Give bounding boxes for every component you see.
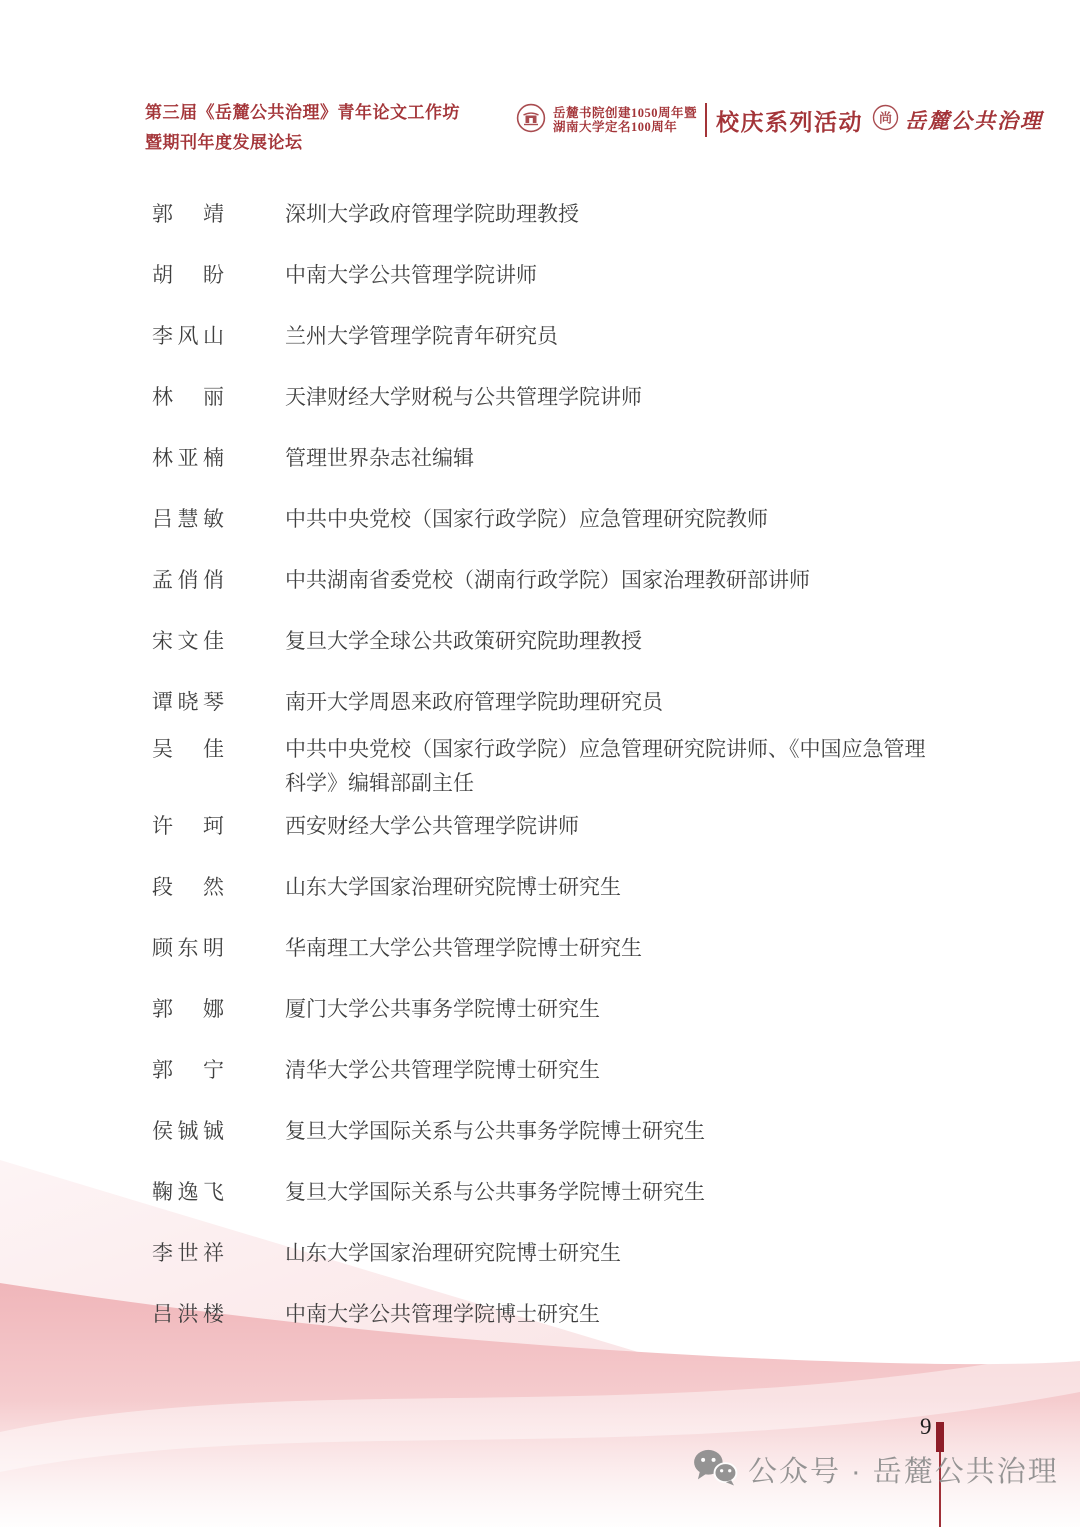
watermark-text: 公众号 · 岳麓公共治理 bbox=[748, 1449, 1059, 1490]
anniversary-text: 岳麓书院创建1050周年暨 湖南大学定名100周年 bbox=[553, 106, 697, 134]
participant-affiliation: 中南大学公共管理学院博士研究生 bbox=[285, 1297, 940, 1331]
participant-name: 林丽 bbox=[152, 380, 224, 414]
participant-row: 李世祥 山东大学国家治理研究院博士研究生 bbox=[152, 1236, 952, 1270]
anniversary-line2: 湖南大学定名100周年 bbox=[553, 120, 697, 134]
participant-name: 顾东明 bbox=[152, 931, 224, 965]
participant-row: 林亚楠 管理世界杂志社编辑 bbox=[152, 441, 952, 475]
document-page: 第三届《岳麓公共治理》青年论文工作坊 暨期刊年度发展论坛 岳麓书院创建1050周… bbox=[0, 0, 1080, 1527]
participant-row: 鞠逸飞 复旦大学国际关系与公共事务学院博士研究生 bbox=[152, 1175, 952, 1209]
anniversary-line1: 岳麓书院创建1050周年暨 bbox=[553, 106, 697, 120]
anniversary-banner: 岳麓书院创建1050周年暨 湖南大学定名100周年 校庆系列活动 尚 岳麓公共治… bbox=[516, 98, 1043, 142]
participant-affiliation: 兰州大学管理学院青年研究员 bbox=[285, 319, 940, 353]
watermark: 公众号 · 岳麓公共治理 bbox=[692, 1448, 1059, 1491]
participant-name: 侯铖铖 bbox=[152, 1114, 224, 1148]
participant-affiliation: 山东大学国家治理研究院博士研究生 bbox=[285, 1236, 940, 1270]
participant-name: 宋文佳 bbox=[152, 624, 224, 658]
participant-row: 郭宁 清华大学公共管理学院博士研究生 bbox=[152, 1053, 952, 1087]
participant-list: 郭靖 深圳大学政府管理学院助理教授 胡盼 中南大学公共管理学院讲师 李风山 兰州… bbox=[152, 197, 952, 1358]
participant-affiliation: 华南理工大学公共管理学院博士研究生 bbox=[285, 931, 940, 965]
header-divider bbox=[705, 103, 707, 137]
campaign-label: 校庆系列活动 bbox=[716, 104, 863, 137]
participant-name: 谭晓琴 bbox=[152, 685, 224, 719]
participant-name: 鞠逸飞 bbox=[152, 1175, 224, 1209]
participant-row: 侯铖铖 复旦大学国际关系与公共事务学院博士研究生 bbox=[152, 1114, 952, 1148]
participant-row: 胡盼 中南大学公共管理学院讲师 bbox=[152, 258, 952, 292]
participant-name: 吴佳 bbox=[152, 732, 224, 766]
participant-name: 孟俏俏 bbox=[152, 563, 224, 597]
participant-name: 吕洪楼 bbox=[152, 1297, 224, 1331]
participant-affiliation: 复旦大学全球公共政策研究院助理教授 bbox=[285, 624, 940, 658]
participant-affiliation: 中共湖南省委党校（湖南行政学院）国家治理教研部讲师 bbox=[285, 563, 940, 597]
participant-affiliation: 中南大学公共管理学院讲师 bbox=[285, 258, 940, 292]
participant-row: 吴佳 中共中央党校（国家行政学院）应急管理研究院讲师、《中国应急管理科学》编辑部… bbox=[152, 732, 952, 800]
participant-name: 郭宁 bbox=[152, 1053, 224, 1087]
participant-name: 郭靖 bbox=[152, 197, 224, 231]
participant-row: 段然 山东大学国家治理研究院博士研究生 bbox=[152, 870, 952, 904]
participant-name: 郭娜 bbox=[152, 992, 224, 1026]
participant-row: 宋文佳 复旦大学全球公共政策研究院助理教授 bbox=[152, 624, 952, 658]
participant-affiliation: 中共中央党校（国家行政学院）应急管理研究院讲师、《中国应急管理科学》编辑部副主任 bbox=[285, 732, 940, 800]
participant-affiliation: 管理世界杂志社编辑 bbox=[285, 441, 940, 475]
participant-row: 郭娜 厦门大学公共事务学院博士研究生 bbox=[152, 992, 952, 1026]
yuelu-academy-seal-icon bbox=[516, 103, 546, 138]
participant-affiliation: 复旦大学国际关系与公共事务学院博士研究生 bbox=[285, 1114, 940, 1148]
workshop-title-line2: 暨期刊年度发展论坛 bbox=[145, 128, 460, 158]
participant-name: 李风山 bbox=[152, 319, 224, 353]
brand-calligraphy: 岳麓公共治理 bbox=[905, 105, 1043, 135]
participant-affiliation: 清华大学公共管理学院博士研究生 bbox=[285, 1053, 940, 1087]
participant-row: 孟俏俏 中共湖南省委党校（湖南行政学院）国家治理教研部讲师 bbox=[152, 563, 952, 597]
workshop-title: 第三届《岳麓公共治理》青年论文工作坊 暨期刊年度发展论坛 bbox=[145, 98, 460, 158]
participant-affiliation: 厦门大学公共事务学院博士研究生 bbox=[285, 992, 940, 1026]
participant-row: 郭靖 深圳大学政府管理学院助理教授 bbox=[152, 197, 952, 231]
participant-affiliation: 深圳大学政府管理学院助理教授 bbox=[285, 197, 940, 231]
participant-name: 段然 bbox=[152, 870, 224, 904]
participant-row: 许珂 西安财经大学公共管理学院讲师 bbox=[152, 809, 952, 843]
participant-affiliation: 天津财经大学财税与公共管理学院讲师 bbox=[285, 380, 940, 414]
shang-seal-char: 尚 bbox=[879, 111, 892, 126]
participant-name: 许珂 bbox=[152, 809, 224, 843]
participant-row: 谭晓琴 南开大学周恩来政府管理学院助理研究员 bbox=[152, 685, 952, 719]
participant-name: 胡盼 bbox=[152, 258, 224, 292]
participant-row: 顾东明 华南理工大学公共管理学院博士研究生 bbox=[152, 931, 952, 965]
participant-name: 林亚楠 bbox=[152, 441, 224, 475]
participant-affiliation: 中共中央党校（国家行政学院）应急管理研究院教师 bbox=[285, 502, 940, 536]
page-number: 9 bbox=[920, 1414, 932, 1440]
participant-affiliation: 西安财经大学公共管理学院讲师 bbox=[285, 809, 940, 843]
participant-affiliation: 南开大学周恩来政府管理学院助理研究员 bbox=[285, 685, 940, 719]
wechat-icon bbox=[692, 1448, 738, 1491]
participant-row: 吕洪楼 中南大学公共管理学院博士研究生 bbox=[152, 1297, 952, 1331]
participant-row: 李风山 兰州大学管理学院青年研究员 bbox=[152, 319, 952, 353]
participant-row: 吕慧敏 中共中央党校（国家行政学院）应急管理研究院教师 bbox=[152, 502, 952, 536]
participant-name: 吕慧敏 bbox=[152, 502, 224, 536]
participant-row: 林丽 天津财经大学财税与公共管理学院讲师 bbox=[152, 380, 952, 414]
shang-seal-icon: 尚 bbox=[872, 104, 899, 136]
participant-name: 李世祥 bbox=[152, 1236, 224, 1270]
participant-affiliation: 复旦大学国际关系与公共事务学院博士研究生 bbox=[285, 1175, 940, 1209]
participant-affiliation: 山东大学国家治理研究院博士研究生 bbox=[285, 870, 940, 904]
workshop-title-line1: 第三届《岳麓公共治理》青年论文工作坊 bbox=[145, 98, 460, 128]
